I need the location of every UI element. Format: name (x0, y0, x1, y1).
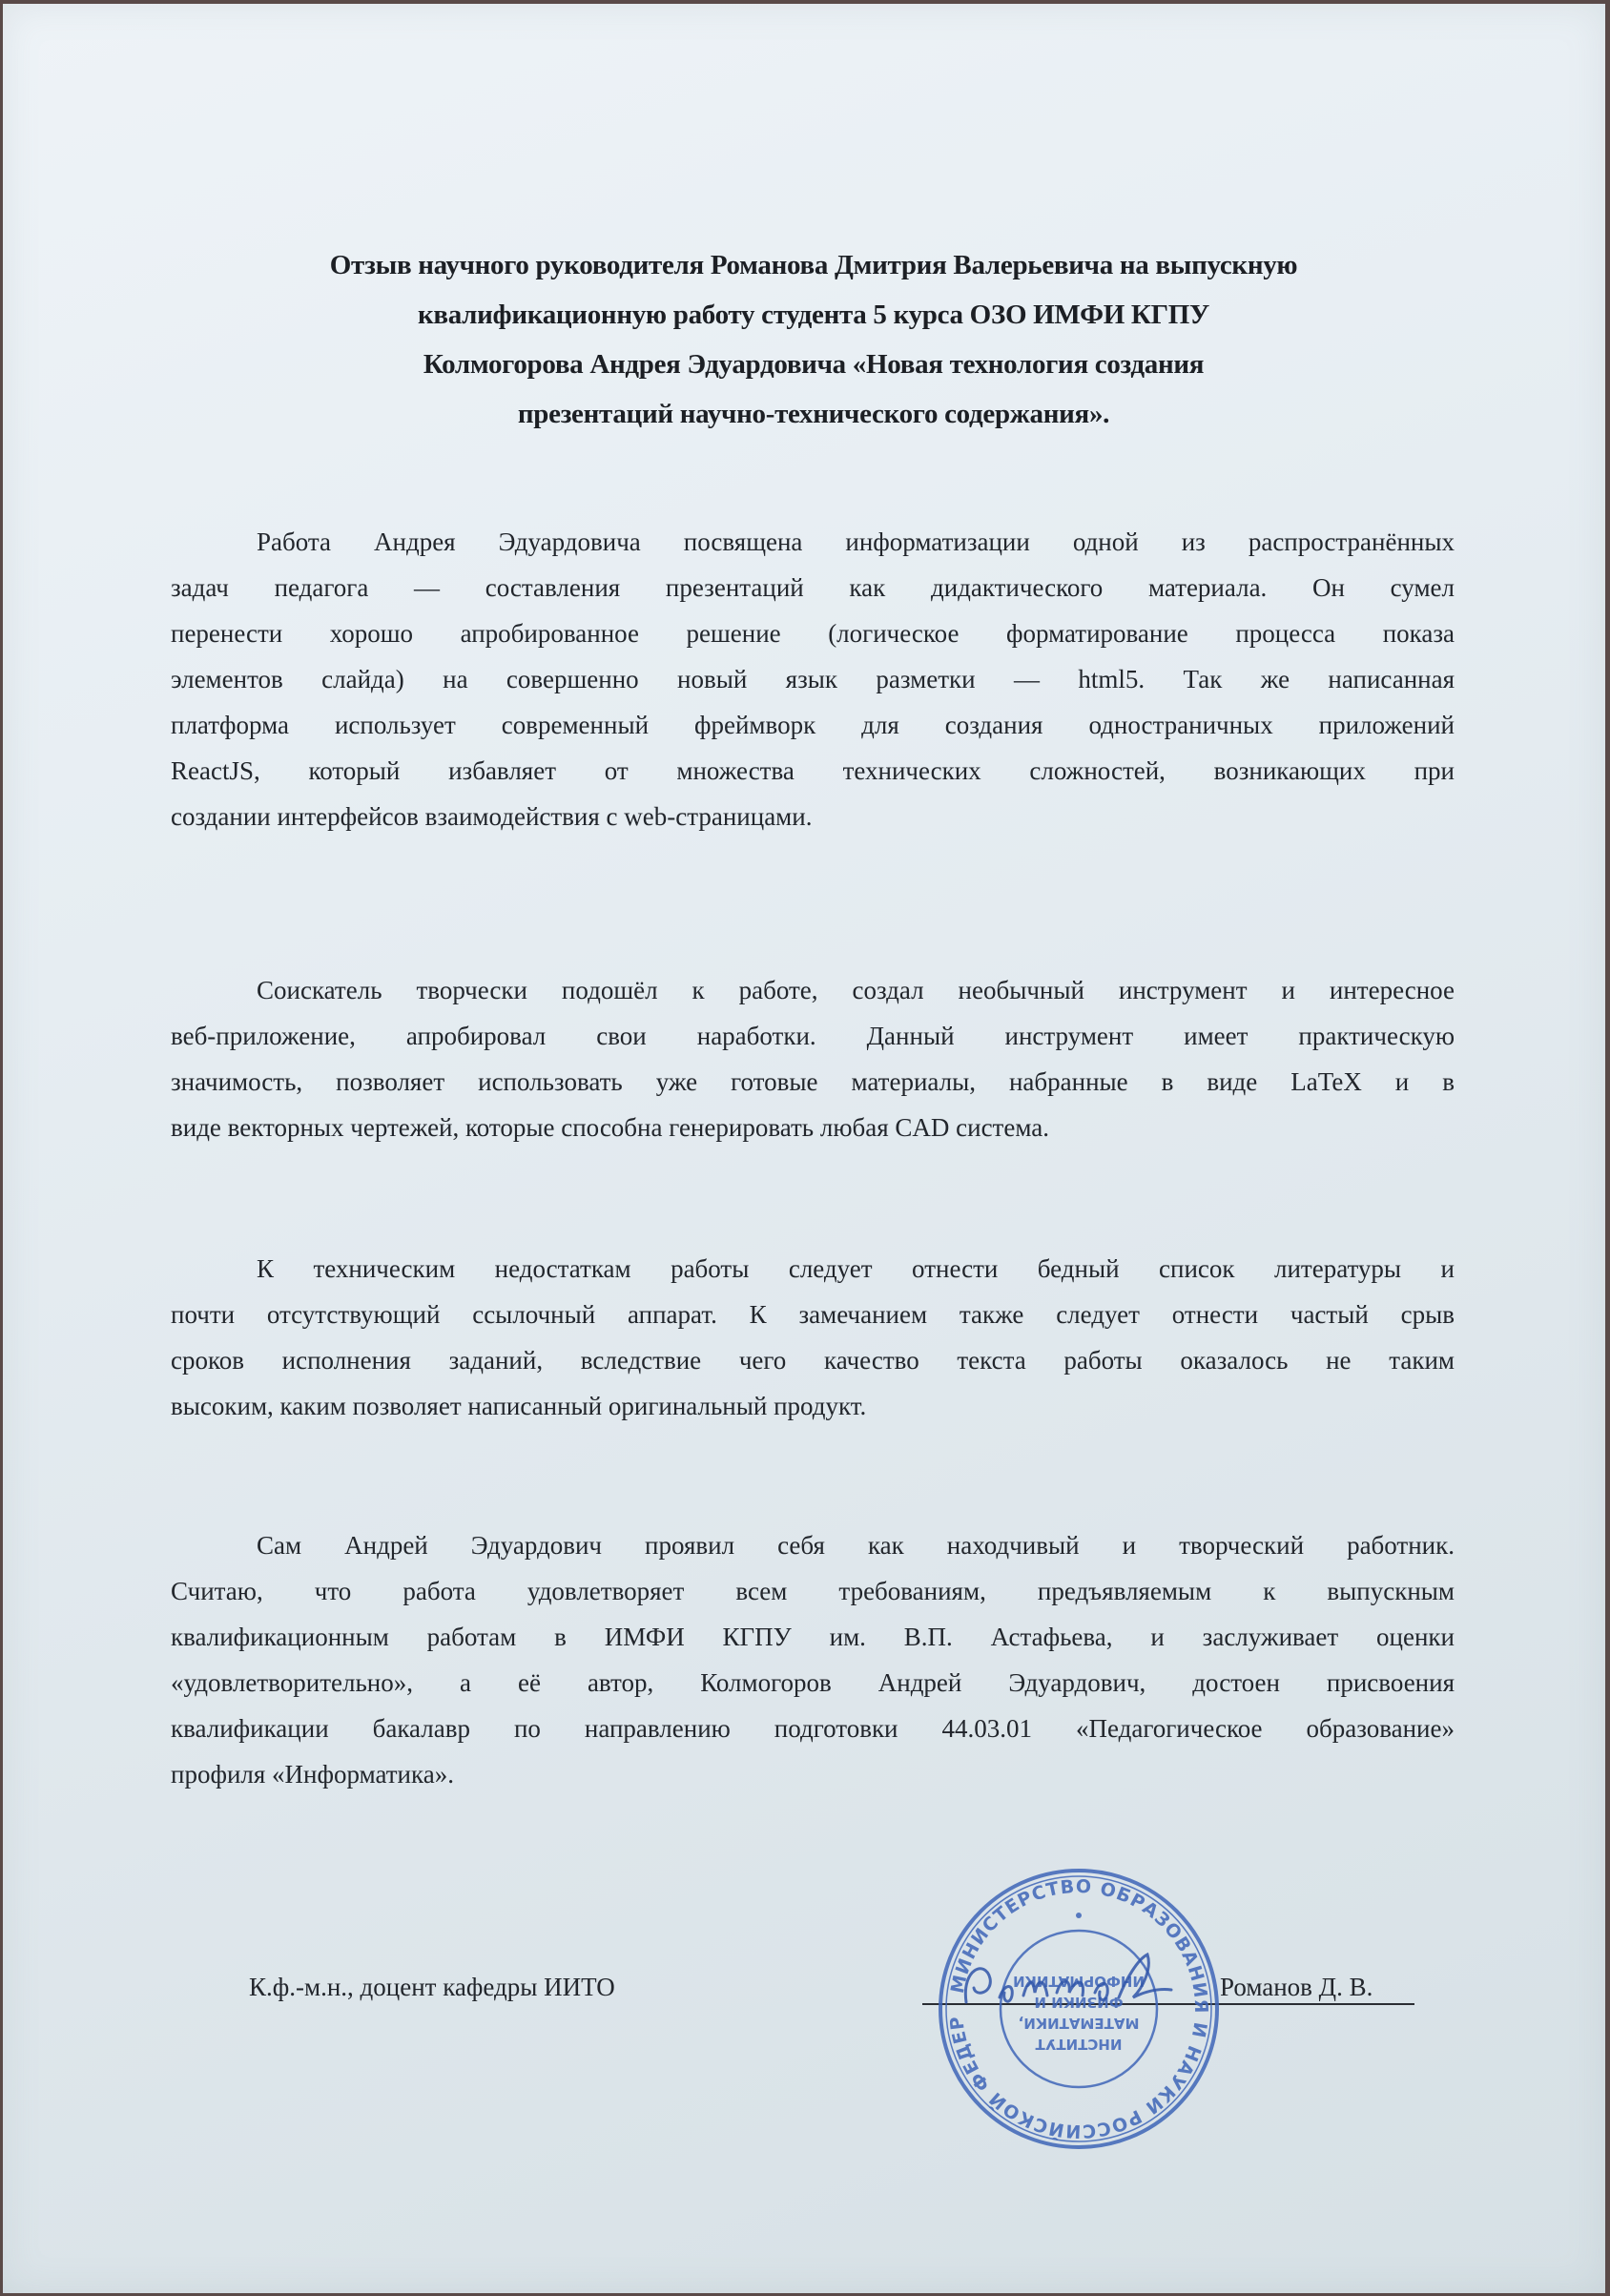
title-line: Отзыв научного руководителя Романова Дми… (194, 240, 1434, 290)
signatory-name: Романов Д. В. (1220, 1973, 1373, 2002)
text-line: Соискатель творчески подошёл к работе, с… (171, 967, 1455, 1013)
text-line: элементов слайда) на совершенно новый яз… (171, 656, 1455, 702)
text-line: создании интерфейсов взаимодействия с we… (171, 794, 1455, 839)
stamp-center-line: МАТЕМАТИКИ, (1019, 2015, 1140, 2032)
text-line: платформа использует современный фреймво… (171, 702, 1455, 748)
text-line: Считаю, что работа удовлетворяет всем тр… (171, 1568, 1455, 1614)
text-line: задач педагога — составления презентаций… (171, 565, 1455, 610)
text-line: профиля «Информатика». (171, 1751, 1455, 1797)
text-line: значимость, позволяет использовать уже г… (171, 1059, 1455, 1105)
paragraph-shortcomings: К техническим недостаткам работы следует… (171, 1246, 1455, 1429)
document-page: Отзыв научного руководителя Романова Дми… (3, 4, 1605, 2293)
text-line: Работа Андрея Эдуардовича посвящена инфо… (171, 519, 1455, 565)
text-line: виде векторных чертежей, которые способн… (171, 1105, 1455, 1150)
text-line: К техническим недостаткам работы следует… (171, 1246, 1455, 1292)
text-line: сроков исполнения заданий, вследствие че… (171, 1337, 1455, 1383)
paragraph-merits: Соискатель творчески подошёл к работе, с… (171, 967, 1455, 1150)
text-line: «удовлетворительно», а её автор, Колмого… (171, 1660, 1455, 1706)
text-line: почти отсутствующий ссылочный аппарат. К… (171, 1292, 1455, 1337)
title-line: Колмогорова Андрея Эдуардовича «Новая те… (194, 340, 1434, 389)
text-line: перенести хорошо апробированное решение … (171, 610, 1455, 656)
handwritten-signature-icon (957, 1950, 1195, 2017)
title-line: квалификационную работу студента 5 курса… (194, 290, 1434, 340)
text-line: квалификационным работам в ИМФИ КГПУ им.… (171, 1614, 1455, 1660)
text-line: квалификации бакалавр по направлению под… (171, 1706, 1455, 1751)
document-title: Отзыв научного руководителя Романова Дми… (194, 240, 1434, 439)
title-line: презентаций научно-технического содержан… (194, 389, 1434, 439)
signatory-position: К.ф.-м.н., доцент кафедры ИИТО (249, 1973, 615, 2002)
paragraph-conclusion: Сам Андрей Эдуардович проявил себя как н… (171, 1522, 1455, 1797)
text-line: веб-приложение, апробировал свои наработ… (171, 1013, 1455, 1059)
text-line: Сам Андрей Эдуардович проявил себя как н… (171, 1522, 1455, 1568)
stamp-center-line: ИНСТИТУТ (1035, 2036, 1123, 2053)
text-line: ReactJS, который избавляет от множества … (171, 748, 1455, 794)
text-line: высоким, каким позволяет написанный ориг… (171, 1383, 1455, 1429)
paragraph-overview: Работа Андрея Эдуардовича посвящена инфо… (171, 519, 1455, 839)
